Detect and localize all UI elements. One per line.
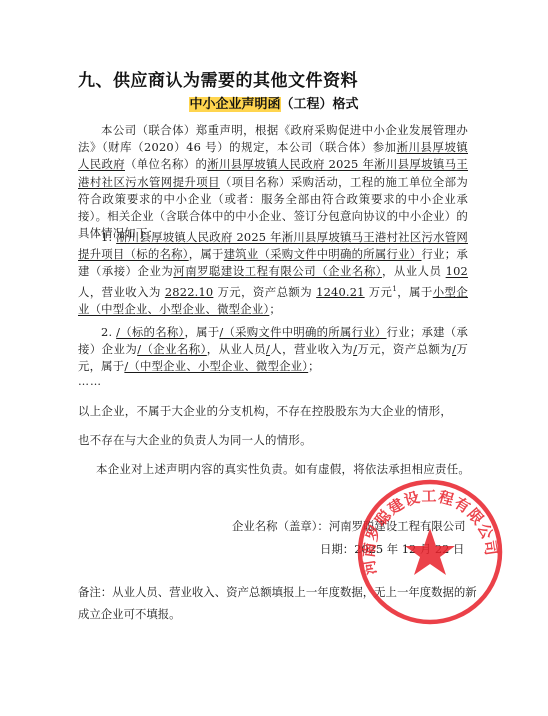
item-text: 人，营业收入为 <box>78 284 161 298</box>
responsibility-statement: 本企业对上述声明内容的真实性负责。如有虚假，将依法承担相应责任。 <box>96 461 470 477</box>
doc-title: 中小企业声明函（工程）格式 <box>0 93 548 112</box>
signature-company: 河南罗聪建设工程有限公司 <box>329 519 466 533</box>
employees: 102 <box>446 264 468 278</box>
industry: /（采购文件中明确的所属行业） <box>219 325 386 339</box>
item-text: ； <box>269 302 281 316</box>
enterprise-item-1: 1. 淅川县厚坡镇人民政府 2025 年淅川县厚坡镇马王港村社区污水管网提升项目… <box>78 229 468 318</box>
item-text: ，从业人员 <box>382 264 442 278</box>
footnote-remark: 备注：从业人员、营业收入、资产总额填报上一年度数据，无上一年度数据的新成立企业可… <box>78 581 478 625</box>
item-number: 2. <box>101 325 112 339</box>
intro-paragraph: 本公司（联合体）郑重声明，根据《政府采购促进中小企业发展管理办法》（财库（202… <box>78 122 468 242</box>
section-title: 九、供应商认为需要的其他文件资料 <box>78 66 358 91</box>
industry: 建筑业（采购文件中明确的所属行业） <box>224 247 422 261</box>
bid-name: /（标的名称） <box>116 325 184 339</box>
item-text: 万元，资产总额为 <box>217 284 312 298</box>
item-text: ，属于 <box>397 284 433 298</box>
item-text: 万元，资产总额为 <box>357 342 452 356</box>
revenue: 2822.10 <box>165 284 214 298</box>
item-text: ； <box>308 359 320 373</box>
document-page: 九、供应商认为需要的其他文件资料 中小企业声明函（工程）格式 本公司（联合体）郑… <box>0 0 548 716</box>
ellipsis: …… <box>78 375 102 388</box>
item-text: 人，营业收入为 <box>270 342 353 356</box>
item-text: ，属于 <box>189 247 224 261</box>
item-text: 万元 <box>369 284 393 298</box>
enterprise-item-2: 2. /（标的名称），属于/（采购文件中明确的所属行业）行业；承建（承接）企业为… <box>78 324 468 376</box>
date-label: 日期： <box>320 542 354 556</box>
intro-text: （单位名称）的 <box>125 157 207 171</box>
item-number: 1. <box>101 230 112 244</box>
company-name: /（企业名称） <box>137 342 207 356</box>
item-text: ，从业人员 <box>207 342 266 356</box>
doc-title-rest: （工程）格式 <box>281 97 359 112</box>
company-name: 河南罗聪建设工程有限公司（企业名称） <box>173 264 382 278</box>
signature-line: 企业名称（盖章）：河南罗聪建设工程有限公司 <box>232 518 466 534</box>
date-value: 2025 年 12 月 22 日 <box>354 542 464 556</box>
doc-title-highlight: 中小企业声明函 <box>189 97 280 112</box>
assets: 1240.21 <box>316 284 365 298</box>
signature-label: 企业名称（盖章）： <box>232 519 329 533</box>
enterprise-size: /（中型企业、小型企业、微型企业） <box>124 359 308 373</box>
date-line: 日期：2025 年 12 月 22 日 <box>320 541 464 557</box>
item-text: ，属于 <box>184 325 219 339</box>
statement-line-1: 以上企业，不属于大企业的分支机构，不存在控股股东为大企业的情形， <box>78 403 452 419</box>
statement-line-2: 也不存在与大企业的负责人为同一人的情形。 <box>78 432 312 448</box>
